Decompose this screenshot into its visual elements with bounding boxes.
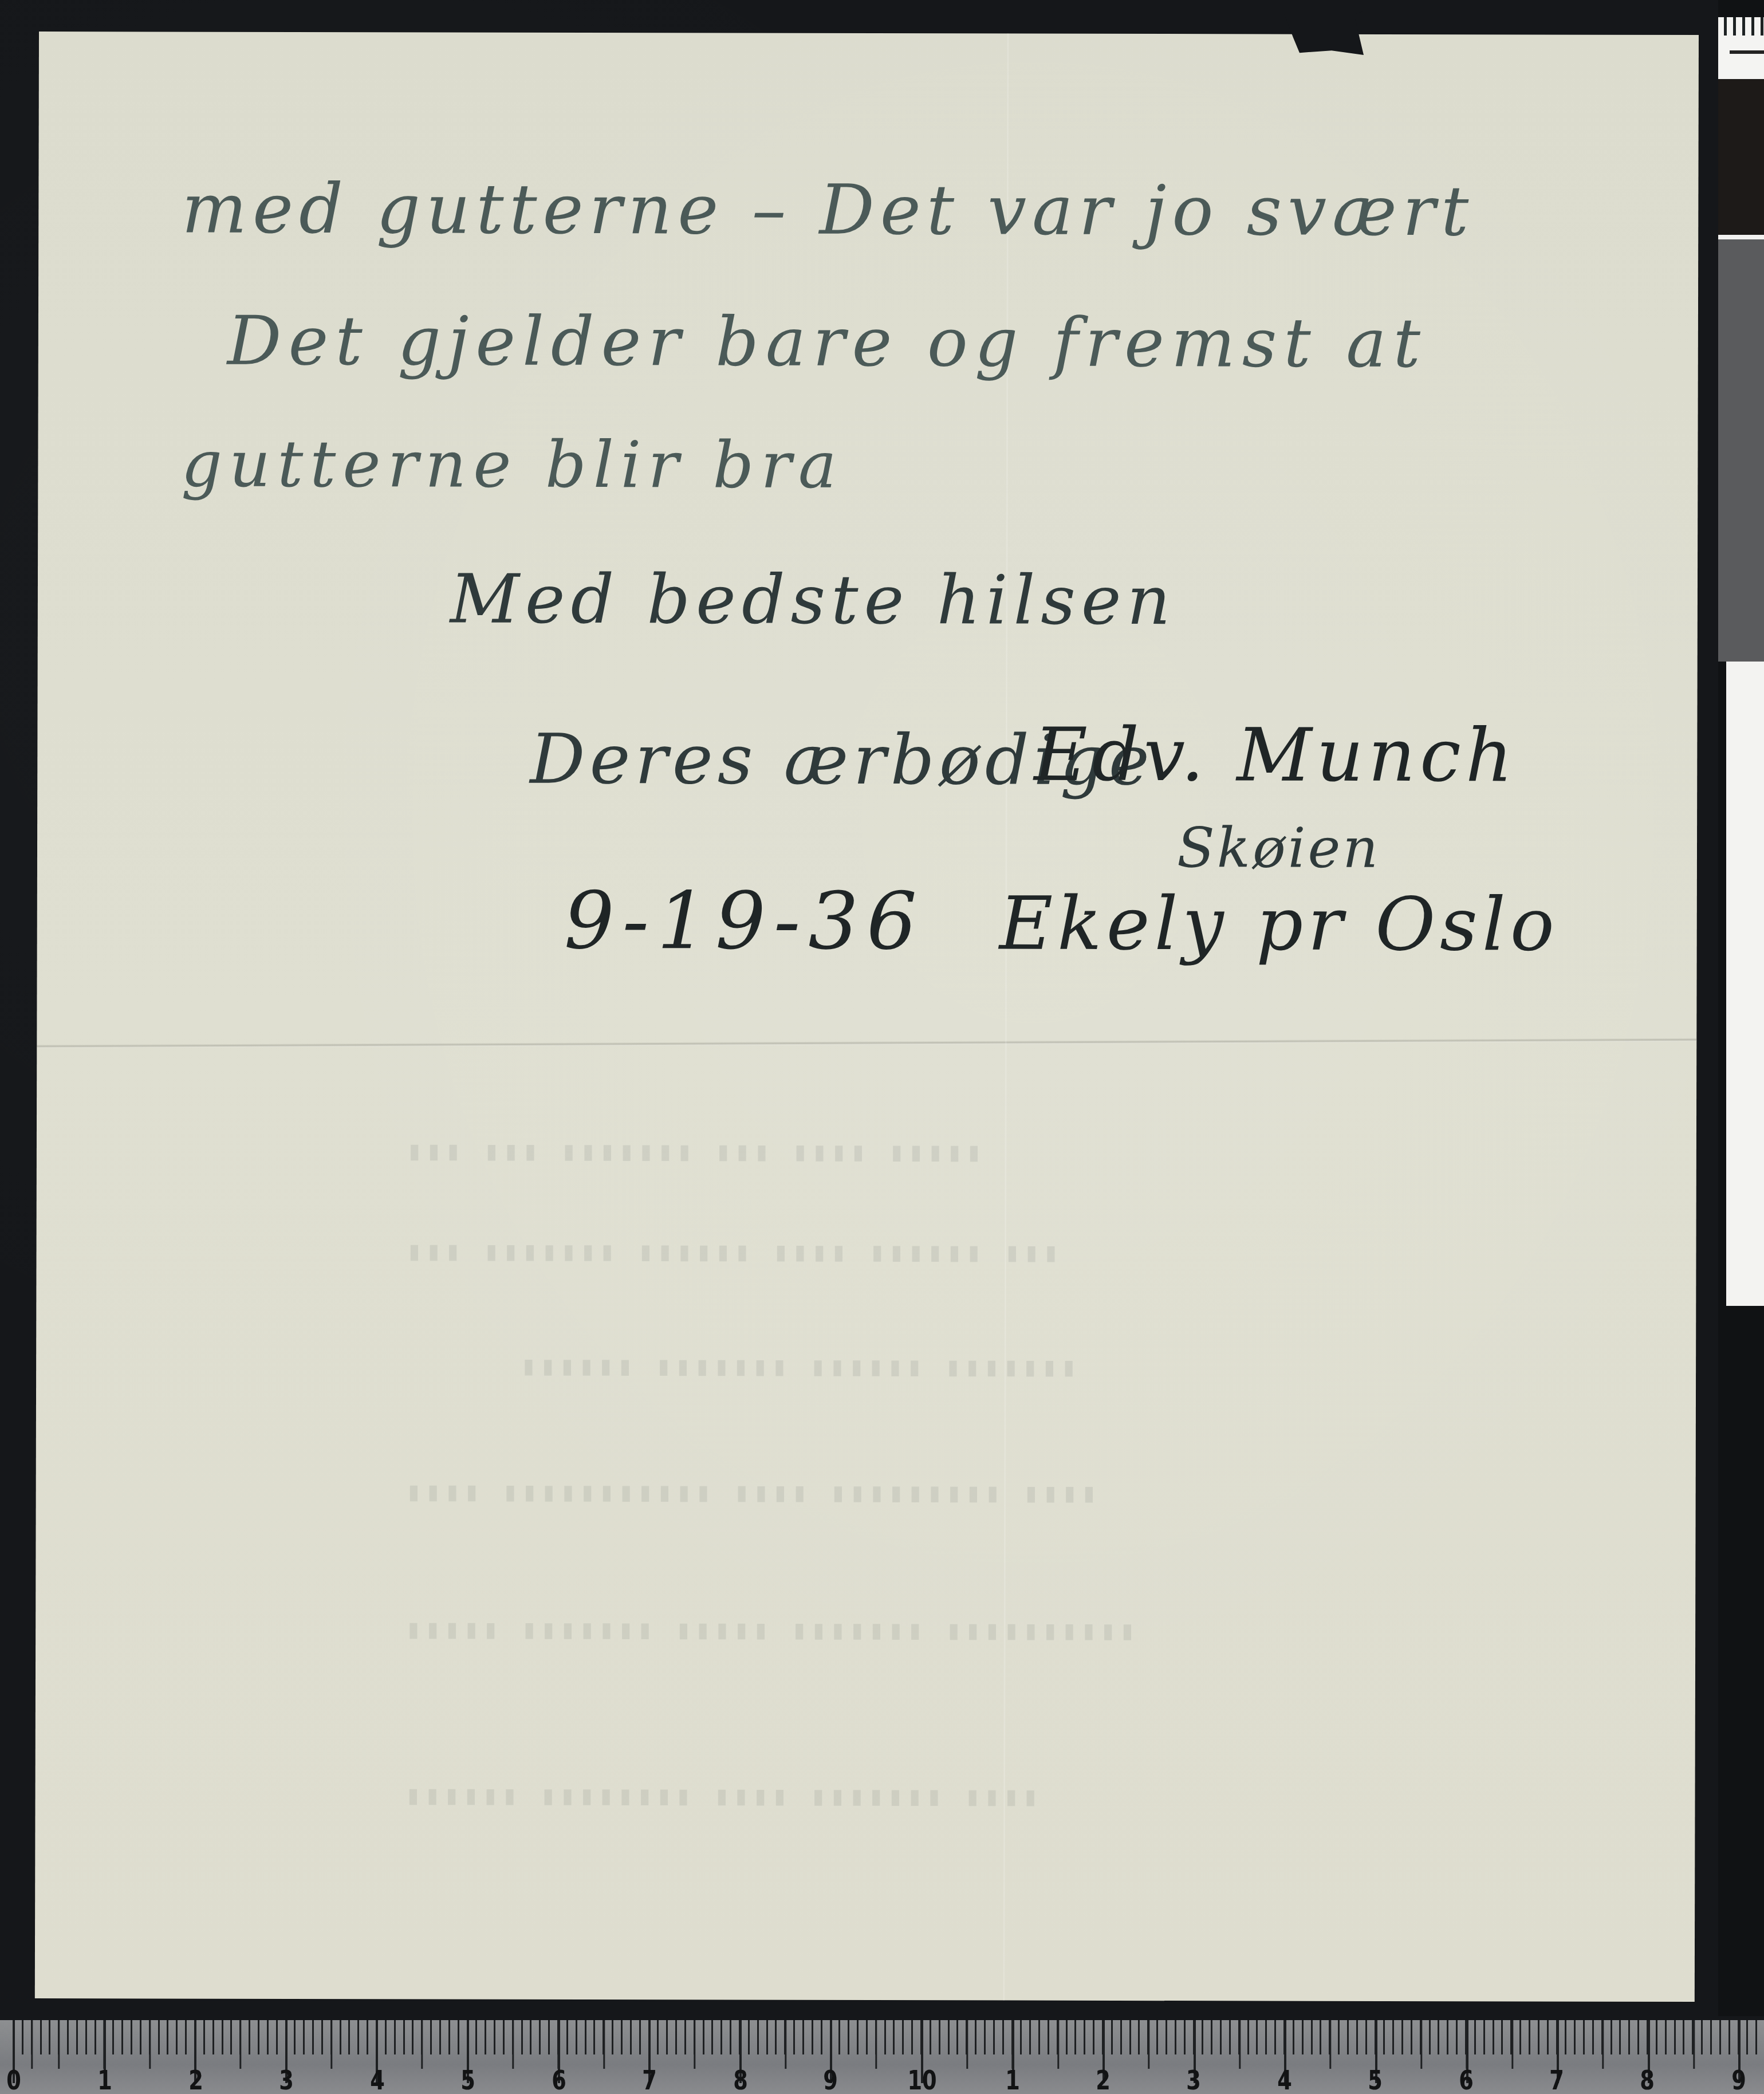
ruler-label: 8 (1640, 2065, 1655, 2094)
show-through-text: ▮▮▮▮ ▮▮▮▮▮▮▮▮▮ ▮▮▮▮ ▮▮▮▮▮▮▮▮▮▮▮ ▮▮▮▮ (403, 1475, 1097, 1510)
ruler-labels: 0 1 2 3 4 5 6 7 8 9 10 1 2 3 4 5 6 7 8 9 (0, 2065, 1764, 2093)
handwritten-line-3: gutterne blir bra (181, 427, 843, 503)
show-through-text: ▮▮▮ ▮▮▮▮▮▮ ▮▮▮▮ ▮▮▮▮▮▮ ▮▮▮▮▮▮▮ ▮▮▮ (403, 1235, 1058, 1269)
ruler-label: 3 (1186, 2065, 1201, 2094)
place-insertion: Skøien (1177, 816, 1380, 880)
letter-page: ▮▮▮▮▮ ▮▮▮▮ ▮▮▮ ▮▮▮▮▮▮▮ ▮▮▮ ▮▮▮ ▮▮▮ ▮▮▮▮▮… (35, 32, 1699, 2002)
ruler-label: 5 (1368, 2065, 1383, 2094)
strip-ticks (1724, 17, 1764, 36)
signature: Edv. Munch (1034, 713, 1517, 799)
measuring-ruler: 0 1 2 3 4 5 6 7 8 9 10 1 2 3 4 5 6 7 8 9 (0, 2020, 1764, 2094)
strip-segment-black (1718, 79, 1764, 235)
ruler-label: 0 (6, 2065, 21, 2094)
ruler-label: 5 (460, 2065, 475, 2094)
show-through-text: ▮▮▮▮▮▮▮ ▮▮▮▮▮▮ ▮▮▮▮▮▮▮ ▮▮▮▮▮▮ (517, 1350, 1077, 1384)
show-through-text: ▮▮▮▮ ▮▮▮▮▮▮▮ ▮▮▮▮ ▮▮▮▮▮▮▮▮ ▮▮▮▮▮▮ (401, 1779, 1038, 1813)
ruler-label: 7 (642, 2065, 657, 2094)
horizontal-fold-line (37, 1038, 1696, 1048)
closing-greeting: Med bedste hilsen (450, 560, 1176, 640)
ruler-label: 3 (279, 2065, 294, 2094)
strip-segment-white-line (1718, 235, 1764, 239)
ruler-label: 9 (1731, 2065, 1746, 2094)
strip-dash (1730, 50, 1764, 54)
ruler-label: 10 (907, 2065, 936, 2094)
letter-place: Ekely pr Oslo (999, 881, 1559, 968)
ruler-label: 9 (823, 2065, 838, 2094)
ruler-label: 4 (1277, 2065, 1292, 2094)
ruler-label: 7 (1549, 2065, 1564, 2094)
handwritten-line-2: Det gjelder bare og fremst at (227, 301, 1427, 383)
show-through-text: ▮▮▮▮▮ ▮▮▮▮ ▮▮▮ ▮▮▮▮▮▮▮ ▮▮▮ ▮▮▮ (403, 1135, 982, 1168)
ruler-label: 4 (370, 2065, 385, 2094)
ruler-label: 2 (1096, 2065, 1111, 2094)
strip-segment-white (1726, 662, 1764, 1306)
calibration-strip (1718, 0, 1764, 2016)
ruler-label: 8 (733, 2065, 748, 2094)
ruler-label: 6 (1459, 2065, 1474, 2094)
ruler-label: 1 (97, 2065, 112, 2094)
handwritten-line-1: med gutterne – Det var jo svært (182, 170, 1474, 252)
ruler-label: 6 (552, 2065, 566, 2094)
ruler-label: 1 (1005, 2065, 1020, 2094)
ruler-label: 2 (188, 2065, 203, 2094)
strip-segment-dark-gray (1718, 239, 1764, 662)
strip-segment-white-tick (1718, 17, 1764, 79)
show-through-text: ▮▮▮▮▮▮▮▮▮▮ ▮▮▮▮▮▮▮ ▮▮▮▮▮ ▮▮▮▮▮▮▮ ▮▮▮▮▮ (402, 1613, 1135, 1647)
letter-date: 9-19-36 (564, 875, 926, 967)
